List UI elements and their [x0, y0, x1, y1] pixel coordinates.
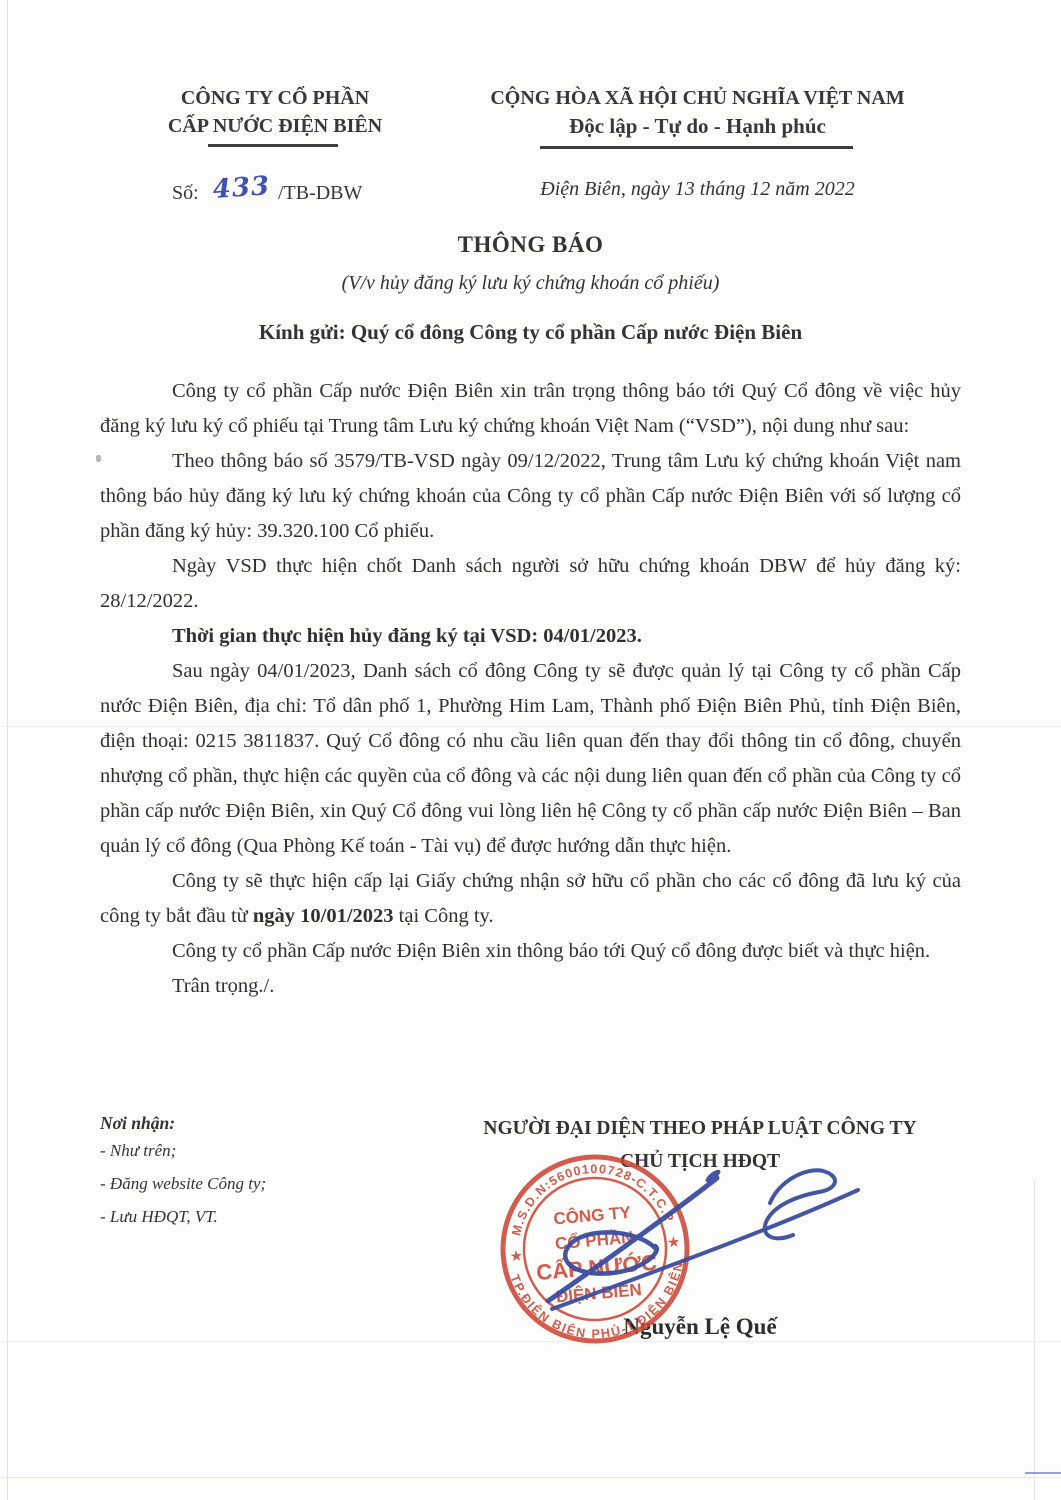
- seal-and-signature: M.S.D.N:5600100728-C.T.C.P TP.ĐIỆN BIÊN …: [430, 1125, 980, 1360]
- document-number-label: Số:: [172, 182, 199, 204]
- scan-edge-artifact: [1034, 1180, 1035, 1500]
- national-header-block: CỘNG HÒA XÃ HỘI CHỦ NGHĨA VIỆT NAM Độc l…: [450, 84, 945, 140]
- issuer-underline: [208, 144, 338, 147]
- document-page: CÔNG TY CỔ PHẦN CẤP NƯỚC ĐIỆN BIÊN CỘNG …: [0, 0, 1061, 1500]
- scan-edge-artifact: [7, 0, 8, 1500]
- scan-line-artifact: [1025, 1472, 1061, 1474]
- recipient-item: - Đăng website Công ty;: [100, 1167, 266, 1200]
- scan-line-artifact: [0, 1477, 1061, 1478]
- recipients-label: Nơi nhận:: [100, 1113, 266, 1134]
- body-paragraph-6-bold-date: ngày 10/01/2023: [253, 905, 394, 927]
- body-paragraph-7: Công ty cổ phần Cấp nước Điện Biên xin t…: [100, 934, 961, 969]
- body-paragraph-5: Sau ngày 04/01/2023, Danh sách cổ đông C…: [100, 654, 961, 864]
- body-paragraph-6: Công ty sẽ thực hiện cấp lại Giấy chứng …: [100, 864, 961, 934]
- body-paragraph-4: Thời gian thực hiện hủy đăng ký tại VSD:…: [100, 619, 961, 654]
- body-paragraph-1: Công ty cổ phần Cấp nước Điện Biên xin t…: [100, 374, 961, 444]
- body-paragraph-6-pre: Công ty sẽ thực hiện cấp lại Giấy chứng …: [100, 870, 961, 927]
- document-number: Số:433/TB-DBW: [172, 176, 362, 206]
- recipients-block: Nơi nhận: - Như trên; - Đăng website Côn…: [100, 1113, 266, 1233]
- national-motto-line1: CỘNG HÒA XÃ HỘI CHỦ NGHĨA VIỆT NAM: [450, 84, 945, 112]
- handwritten-number: 433: [212, 171, 271, 205]
- national-motto-line2: Độc lập - Tự do - Hạnh phúc: [450, 112, 945, 140]
- national-underline: [540, 146, 853, 149]
- body-paragraph-6-post: tại Công ty.: [394, 905, 494, 927]
- company-seal: M.S.D.N:5600100728-C.T.C.P TP.ĐIỆN BIÊN …: [495, 1149, 694, 1348]
- issuer-line2: CẤP NƯỚC ĐIỆN BIÊN: [140, 112, 410, 140]
- document-subject: (V/v hủy đăng ký lưu ký chứng khoán cổ p…: [0, 272, 1061, 295]
- body-paragraph-2: Theo thông báo số 3579/TB-VSD ngày 09/12…: [100, 444, 961, 549]
- seal-center-line1: CÔNG TY: [553, 1203, 632, 1229]
- body-paragraph-3: Ngày VSD thực hiện chốt Danh sách người …: [100, 549, 961, 619]
- seal-star-left-icon: ★: [509, 1248, 524, 1265]
- document-number-suffix: /TB-DBW: [278, 182, 362, 204]
- recipient-item: - Lưu HĐQT, VT.: [100, 1200, 266, 1233]
- recipient-item: - Như trên;: [100, 1134, 266, 1167]
- issuer-block: CÔNG TY CỔ PHẦN CẤP NƯỚC ĐIỆN BIÊN: [140, 84, 410, 140]
- place-dateline: Điện Biên, ngày 13 tháng 12 năm 2022: [450, 178, 945, 201]
- body-text: Công ty cổ phần Cấp nước Điện Biên xin t…: [100, 374, 961, 1004]
- closing-line: Trân trọng./.: [100, 969, 961, 1004]
- seal-star-right-icon: ★: [666, 1235, 681, 1252]
- salutation-line: Kính gửi: Quý cổ đông Công ty cổ phần Cấ…: [0, 320, 1061, 345]
- issuer-line1: CÔNG TY CỔ PHẦN: [140, 84, 410, 112]
- document-title: THÔNG BÁO: [0, 232, 1061, 258]
